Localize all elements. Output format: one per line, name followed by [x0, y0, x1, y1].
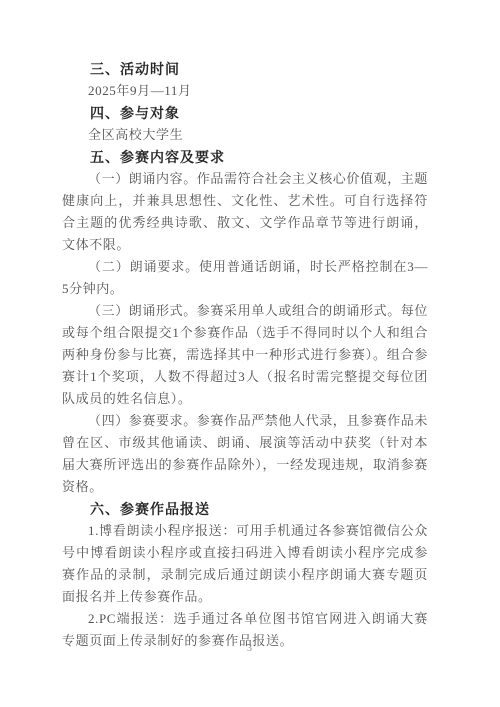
paragraph-recitation-duration: （二）朗诵要求。使用普通话朗诵，时长严格控制在3—5分钟内。	[62, 256, 428, 300]
paragraph-recitation-format: （三）朗诵形式。参赛采用单人或组合的朗诵形式。每位或每个组合限提交1个参赛作品（…	[62, 300, 428, 410]
heading-submission: 六、参赛作品报送	[62, 498, 428, 520]
paragraph-activity-dates: 2025年9月—11月	[62, 80, 428, 102]
heading-activity-time: 三、活动时间	[62, 58, 428, 80]
paragraph-recitation-content: （一）朗诵内容。作品需符合社会主义核心价值观，主题健康向上，并兼具思想性、文化性…	[62, 168, 428, 256]
document-page: 三、活动时间 2025年9月—11月 四、参与对象 全区高校大学生 五、参赛内容…	[0, 0, 500, 707]
heading-participants: 四、参与对象	[62, 102, 428, 124]
document-body: 三、活动时间 2025年9月—11月 四、参与对象 全区高校大学生 五、参赛内容…	[62, 58, 428, 652]
paragraph-participants: 全区高校大学生	[62, 124, 428, 146]
heading-content-requirements: 五、参赛内容及要求	[62, 146, 428, 168]
page-number: 3	[0, 643, 500, 654]
paragraph-entry-requirements: （四）参赛要求。参赛作品严禁他人代录，且参赛作品未曾在区、市级其他诵读、朗诵、展…	[62, 410, 428, 498]
paragraph-miniprogram-submission: 1.博看朗读小程序报送：可用手机通过各参赛馆微信公众号中博看朗读小程序或直接扫码…	[62, 520, 428, 608]
